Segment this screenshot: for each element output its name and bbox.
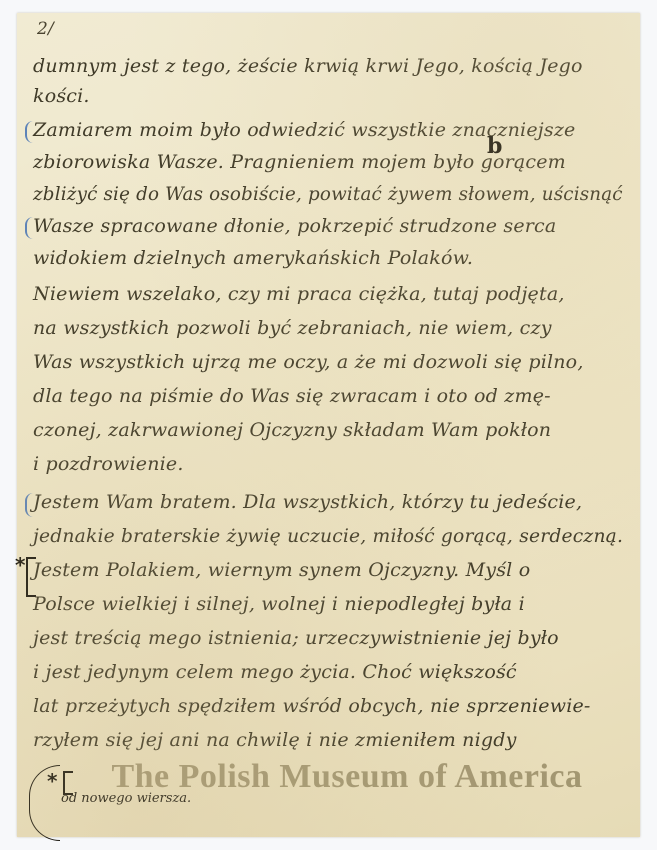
text-line: zbiorowiska Wasze. Pragnieniem mojem był… bbox=[33, 151, 566, 173]
text-line: Jestem Polakiem, wiernym synem Ojczyzny.… bbox=[33, 559, 530, 581]
text-line: jednakie braterskie żywię uczucie, miłoś… bbox=[33, 525, 623, 547]
text-line: czonej, zakrwawionej Ojczyzny składam Wa… bbox=[33, 419, 551, 441]
text-line: rzyłem się jej ani na chwilę i nie zmien… bbox=[33, 729, 517, 751]
text-line: i pozdrowienie. bbox=[33, 453, 184, 475]
footnote-text: od nowego wiersza. bbox=[61, 791, 191, 806]
page-number: 2/ bbox=[37, 19, 54, 39]
text-line: widokiem dzielnych amerykańskich Polaków… bbox=[33, 247, 473, 269]
text-line: Jestem Wam bratem. Dla wszystkich, którz… bbox=[33, 491, 582, 513]
text-line: Was wszystkich ujrzą me oczy, a że mi do… bbox=[33, 351, 584, 373]
text-line: i jest jedynym celem mego życia. Choć wi… bbox=[33, 661, 517, 683]
text-line: Niewiem wszelako, czy mi praca ciężka, t… bbox=[33, 283, 565, 305]
text-line: lat przeżytych spędziłem wśród obcych, n… bbox=[33, 695, 591, 717]
text-line: dumnym jest z tego, żeście krwią krwi Je… bbox=[33, 55, 583, 77]
text-line: Polsce wielkiej i silnej, wolnej i niepo… bbox=[33, 593, 525, 615]
text-line: dla tego na piśmie do Was się zwracam i … bbox=[33, 385, 551, 407]
text-line: Wasze spracowane dłonie, pokrzepić strud… bbox=[33, 215, 556, 237]
asterisk-marker: * bbox=[15, 553, 25, 577]
text-line: kości. bbox=[33, 85, 90, 107]
footnote-asterisk: * bbox=[47, 769, 57, 793]
text-line: jest treścią mego istnienia; urzeczywist… bbox=[33, 627, 559, 649]
manuscript-page: 2/ dumnym jest z tego, żeście krwią krwi… bbox=[17, 13, 640, 837]
text-line: zbliżyć się do Was osobiście, powitać ży… bbox=[33, 183, 623, 205]
text-line: na wszystkich pozwoli być zebraniach, ni… bbox=[33, 317, 552, 339]
